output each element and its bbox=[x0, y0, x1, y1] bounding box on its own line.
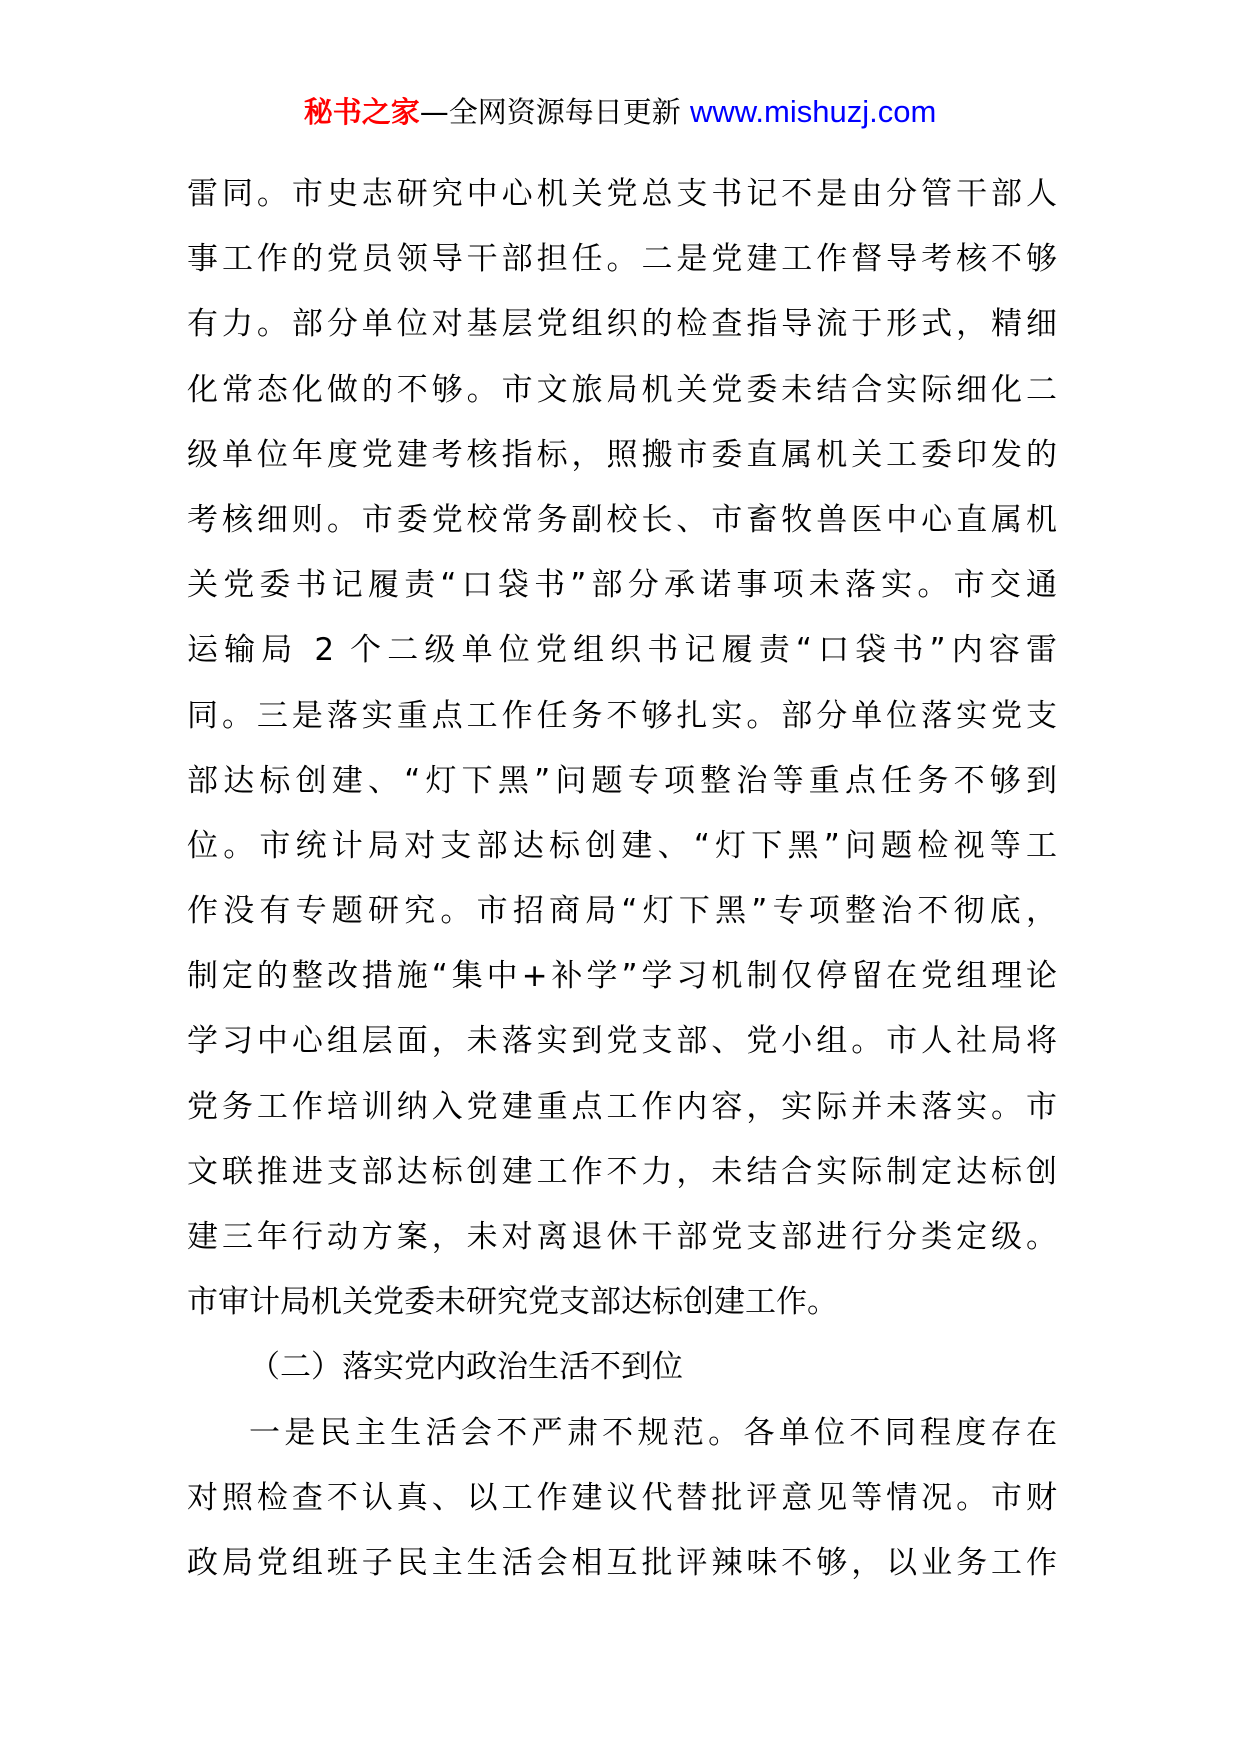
text-line: 同。三是落实重点工作任务不够扎实。部分单位落实党支 bbox=[187, 684, 1057, 749]
text-line: 制定的整改措施“集中+补学”学习机制仅停留在党组理论 bbox=[187, 944, 1057, 1009]
text-line: 位。市统计局对支部达标创建、“灯下黑”问题检视等工 bbox=[187, 814, 1057, 879]
text-line: 考核细则。市委党校常务副校长、市畜牧兽医中心直属机 bbox=[187, 488, 1057, 553]
page-header: 秘书之家—全网资源每日更新 www.mishuzj.com bbox=[0, 92, 1240, 132]
text-line: 事工作的党员领导干部担任。二是党建工作督导考核不够 bbox=[187, 227, 1057, 292]
text-line: 党务工作培训纳入党建重点工作内容，实际并未落实。市 bbox=[187, 1075, 1057, 1140]
text-line: 有力。部分单位对基层党组织的检查指导流于形式，精细 bbox=[187, 292, 1057, 357]
text-line: 政局党组班子民主生活会相互批评辣味不够，以业务工作 bbox=[187, 1531, 1057, 1596]
text-line: 部达标创建、“灯下黑”问题专项整治等重点任务不够到 bbox=[187, 749, 1057, 814]
text-line: 化常态化做的不够。市文旅局机关党委未结合实际细化二 bbox=[187, 358, 1057, 423]
text-line: 学习中心组层面，未落实到党支部、党小组。市人社局将 bbox=[187, 1009, 1057, 1074]
text-line: 对照检查不认真、以工作建议代替批评意见等情况。市财 bbox=[187, 1466, 1057, 1531]
brand-name: 秘书之家 bbox=[304, 95, 420, 129]
text-line: 建三年行动方案，未对离退休干部党支部进行分类定级。 bbox=[187, 1205, 1057, 1270]
text-line: 运输局 2 个二级单位党组织书记履责“口袋书”内容雷 bbox=[187, 618, 1057, 683]
text-line: 关党委书记履责“口袋书”部分承诺事项未落实。市交通 bbox=[187, 553, 1057, 618]
text-line: 市审计局机关党委未研究党支部达标创建工作。 bbox=[187, 1270, 1057, 1335]
text-line: 雷同。市史志研究中心机关党总支书记不是由分管干部人 bbox=[187, 162, 1057, 227]
header-tagline: —全网资源每日更新 bbox=[420, 95, 690, 129]
site-url-link[interactable]: www.mishuzj.com bbox=[690, 94, 936, 129]
section-heading: （二）落实党内政治生活不到位 bbox=[187, 1335, 1057, 1400]
text-line: 作没有专题研究。市招商局“灯下黑”专项整治不彻底， bbox=[187, 879, 1057, 944]
text-line: 文联推进支部达标创建工作不力，未结合实际制定达标创 bbox=[187, 1140, 1057, 1205]
text-line: 级单位年度党建考核指标，照搬市委直属机关工委印发的 bbox=[187, 423, 1057, 488]
document-body: 雷同。市史志研究中心机关党总支书记不是由分管干部人 事工作的党员领导干部担任。二… bbox=[187, 162, 1057, 1596]
text-line: 一是民主生活会不严肃不规范。各单位不同程度存在 bbox=[187, 1401, 1057, 1466]
